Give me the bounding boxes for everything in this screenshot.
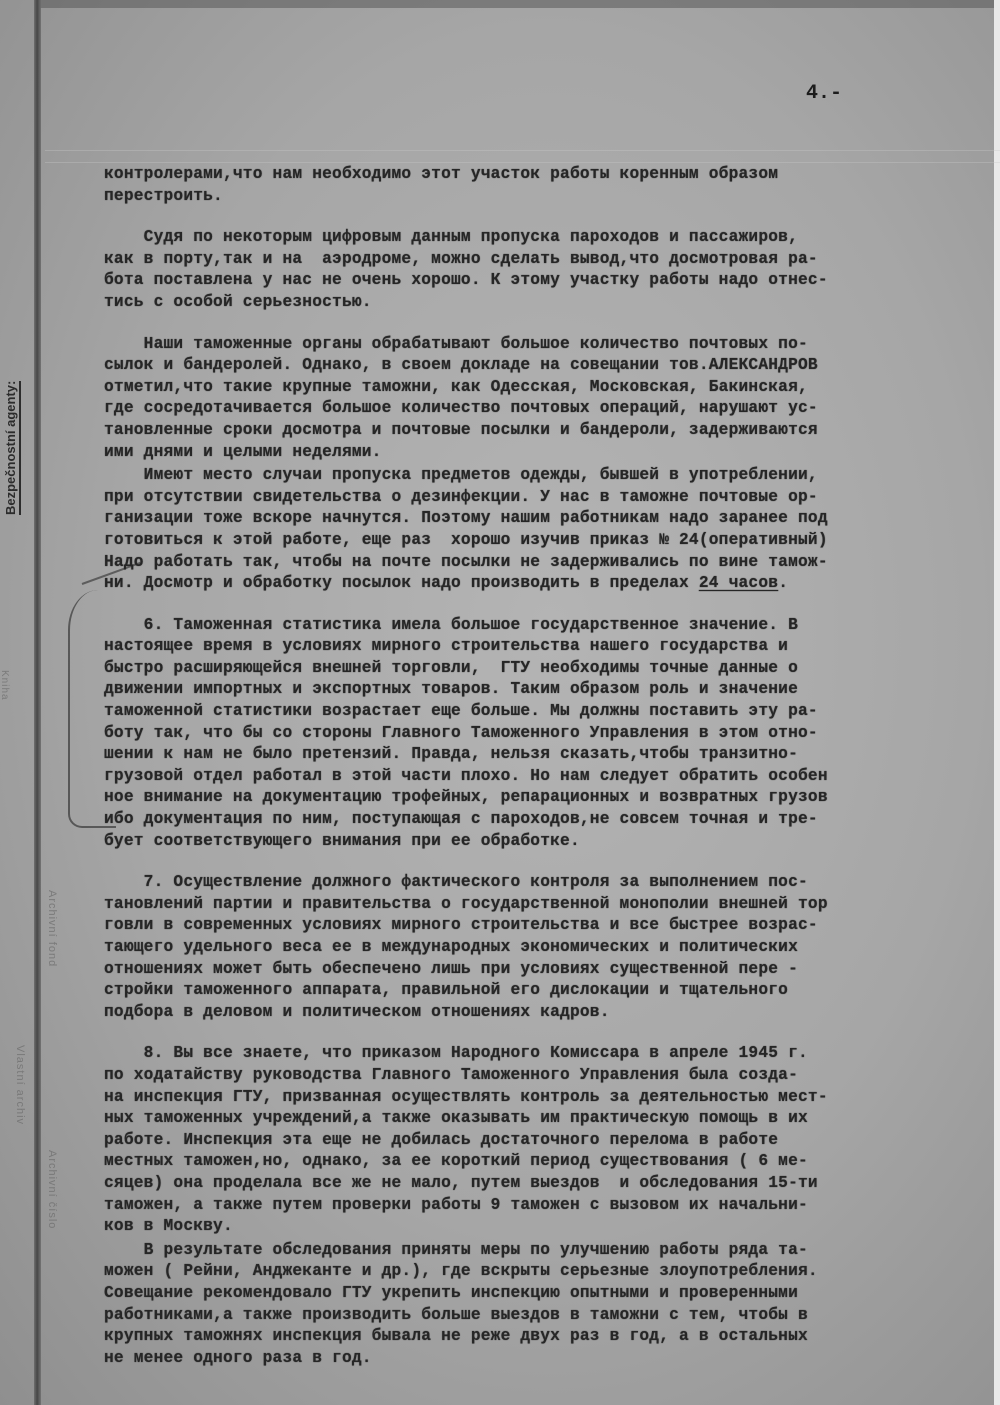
text-line: Имеют место случаи пропуска предметов од… <box>104 465 996 487</box>
paragraph-8: 8. Вы все знаете, что приказом Народного… <box>104 1043 996 1237</box>
text-line: таможен, а также путем проверки работы 9… <box>104 1195 996 1217</box>
text-line: Наши таможенные органы обрабатывают боль… <box>104 334 996 356</box>
text-line: ков в Москву. <box>104 1216 996 1238</box>
text-line: на инспекция ГТУ, призванная осуществлят… <box>104 1087 996 1109</box>
text-line: ни. Досмотр и обработку посылок надо про… <box>104 573 996 595</box>
paragraph-cont: контролерами,что нам необходимо этот уча… <box>104 164 996 207</box>
scan-artifact-line <box>45 162 1000 163</box>
paragraph-disinfection: Имеют место случаи пропуска предметов од… <box>104 465 996 595</box>
text-line: Судя по некоторым цифровым данным пропус… <box>104 227 996 249</box>
text-line: сылок и бандеролей. Однако, в своем докл… <box>104 355 996 377</box>
margin-faint-text: Archivní fond <box>46 890 58 967</box>
scan-artifact-line <box>45 150 1000 151</box>
text-line: 6. Таможенная статистика имела большое г… <box>104 615 996 637</box>
text-line: ганизации тоже вскоре начнутся. Поэтому … <box>104 508 996 530</box>
document-body: контролерами,что нам необходимо этот уча… <box>104 164 996 1389</box>
text-line: по ходатайству руководства Главного Тамо… <box>104 1065 996 1087</box>
text-line: ибо документация по ним, поступающая с п… <box>104 809 996 831</box>
text-line: бота поставлена у нас не очень хорошо. К… <box>104 270 996 292</box>
text-line: боту так, что бы со стороны Главного Там… <box>104 723 996 745</box>
text-line: стройки таможенного аппарата, правильной… <box>104 980 996 1002</box>
text-line: тись с особой серьезностью. <box>104 292 996 314</box>
text-line: работе. Инспекция эта еще не добилась до… <box>104 1130 996 1152</box>
text-line: Надо работать так, чтобы на почте посылк… <box>104 552 996 574</box>
underlined-deadline: 24 часов <box>699 574 778 592</box>
paragraph-7: 7. Осуществление должного фактического к… <box>104 872 996 1023</box>
text-line: говли в современных условиях мирного стр… <box>104 915 996 937</box>
page-number: 4.- <box>806 82 842 105</box>
paragraph-6: 6. Таможенная статистика имела большое г… <box>104 615 996 853</box>
punctuation: . <box>778 574 788 592</box>
text-line: тановлений партии и правительства о госу… <box>104 894 996 916</box>
text-line: ими днями и целыми неделями. <box>104 442 996 464</box>
text-line: 8. Вы все знаете, что приказом Народного… <box>104 1043 996 1065</box>
text-line: 7. Осуществление должного фактического к… <box>104 872 996 894</box>
text-line: можен ( Рейни, Анджеканте и др.), где вс… <box>104 1261 996 1283</box>
paragraph-postal: Наши таможенные органы обрабатывают боль… <box>104 334 996 464</box>
margin-stamp: Bezpečnostní agenty: <box>3 381 21 515</box>
text-line: крупных таможнях инспекция бывала не реж… <box>104 1326 996 1348</box>
text-line: ных таможенных учреждений,а также оказыв… <box>104 1108 996 1130</box>
text-line: бует соответствующего внимания при ее об… <box>104 831 996 853</box>
text-line: тающего удельного веса ее в международны… <box>104 937 996 959</box>
text-line: работниками,а также производить больше в… <box>104 1305 996 1327</box>
text-line: перестроить. <box>104 186 996 208</box>
text-line: движении импортных и экспортных товаров.… <box>104 679 996 701</box>
margin-faint-text: Vlastní archiv <box>14 1045 26 1125</box>
text-line: грузовой отдел работал в этой части плох… <box>104 766 996 788</box>
text-line: шении к нам не было претензий. Правда, н… <box>104 744 996 766</box>
text-line: контролерами,что нам необходимо этот уча… <box>104 164 996 186</box>
binding-line <box>34 0 41 1405</box>
margin-faint-text: Kniha <box>0 670 10 701</box>
text-line: В результате обследования приняты меры п… <box>104 1240 996 1262</box>
text-line: таможенной статистики возрастает еще бол… <box>104 701 996 723</box>
scanned-document-page: Bezpečnostní agenty: Kniha Archivní fond… <box>0 0 1000 1405</box>
scan-top-edge <box>40 0 1000 8</box>
paragraph-inspection: Судя по некоторым цифровым данным пропус… <box>104 227 996 313</box>
text-line: где сосредотачивается большое количество… <box>104 398 996 420</box>
text-line: ное внимание на документацию трофейных, … <box>104 787 996 809</box>
text-line: отношениях может быть обеспечено лишь пр… <box>104 959 996 981</box>
paragraph-results: В результате обследования приняты меры п… <box>104 1240 996 1370</box>
margin-faint-text: Archivní číslo <box>46 1150 58 1229</box>
text-line: отметил,что такие крупные таможни, как О… <box>104 377 996 399</box>
text-line: быстро расширяющейся внешней торговли, Г… <box>104 658 996 680</box>
text-line: готовиться к этой работе, еще раз хорошо… <box>104 530 996 552</box>
text-line: сяцев) она проделала все же не мало, пут… <box>104 1173 996 1195</box>
text-line: тановленные сроки досмотра и почтовые по… <box>104 420 996 442</box>
text-line: Совещание рекомендовало ГТУ укрепить инс… <box>104 1283 996 1305</box>
text-line: при отсутствии свидетельства о дезинфекц… <box>104 487 996 509</box>
text-line: местных таможен,но, однако, за ее коротк… <box>104 1151 996 1173</box>
text-line: настоящее время в условиях мирного строи… <box>104 636 996 658</box>
text-line: подбора в деловом и политическом отношен… <box>104 1002 996 1024</box>
text-line: не менее одного раза в год. <box>104 1348 996 1370</box>
text-line: как в порту,так и на аэродроме, можно сд… <box>104 249 996 271</box>
